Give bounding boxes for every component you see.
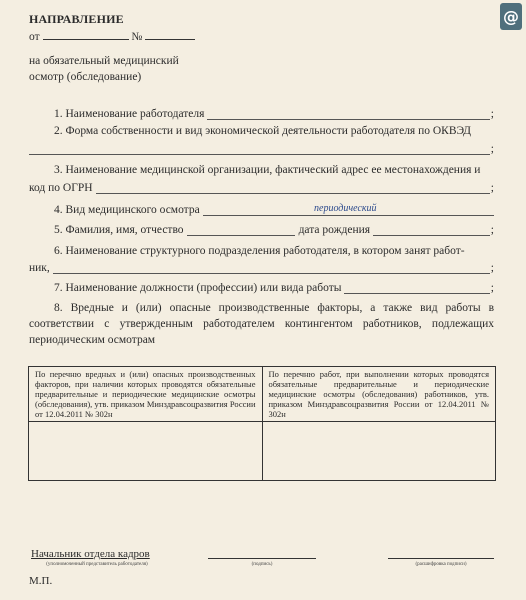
field-position: 7. Наименование должности (профессии) ил… [29,282,494,294]
field-ownership-label: 2. Форма собственности и вид экономическ… [29,125,494,137]
signature-decode-line[interactable] [388,558,494,559]
signature-decode-caption: (расшифровка подписи) [388,562,494,567]
field-8-text: 8. Вредные и (или) опасные производствен… [29,300,494,348]
from-label: от [29,31,40,43]
field-full-name: 5. Фамилия, имя, отчество дата рождения … [29,224,494,236]
table-cell-factors[interactable] [29,422,263,481]
field-5-label: 5. Фамилия, имя, отчество [54,224,184,236]
position-input[interactable] [344,282,489,294]
field-6-label: 6. Наименование структурного подразделен… [54,245,465,257]
subtitle-line-2: осмотр (обследование) [29,69,179,85]
field-3-label-ogrn: код по ОГРН [29,182,93,194]
hazard-factors-table: По перечню вредных и (или) опасных произ… [28,366,496,481]
field-3-label: 3. Наименование медицинской организации,… [54,164,480,176]
semicolon: ; [491,108,494,120]
signatory-role: Начальник отдела кадров [31,548,150,560]
semicolon: ; [491,282,494,294]
full-name-input[interactable] [187,224,295,236]
field-department: ник, ; [29,262,494,274]
field-employer-name: 1. Наименование работодателя ; [29,108,494,120]
field-department-label: 6. Наименование структурного подразделен… [29,245,494,257]
document-title: НАПРАВЛЕНИЕ [29,12,124,27]
exam-type-value: периодический [314,203,377,214]
birth-date-input[interactable] [373,224,490,236]
medorg-input[interactable] [96,182,490,194]
subtitle-line-1: на обязательный медицинский [29,53,179,69]
table-header-row: По перечню вредных и (или) опасных произ… [29,367,496,422]
semicolon: ; [491,182,494,194]
field-4-label: 4. Вид медицинского осмотра [54,204,200,216]
semicolon: ; [491,224,494,236]
number-field[interactable] [145,29,195,40]
table-row [29,422,496,481]
date-field[interactable] [43,29,129,40]
table-header-cell-works: По перечню работ, при выполнении которых… [262,367,496,422]
signatory-caption: (уполномоченный представитель работодате… [33,562,161,567]
signature-caption: (подпись) [208,562,316,567]
site-logo: @ [500,3,522,30]
birth-date-label: дата рождения [299,224,371,236]
field-exam-type: 4. Вид медицинского осмотра [29,204,494,216]
field-6-label-cont: ник, [29,262,50,274]
table-header-cell-factors: По перечню вредных и (или) опасных произ… [29,367,263,422]
signature-line[interactable] [208,558,316,559]
table-cell-works[interactable] [262,422,496,481]
department-input[interactable] [53,262,490,274]
stamp-place: М.П. [29,575,52,587]
field-medorg-label: 3. Наименование медицинской организации,… [29,164,494,176]
date-number-line: от № [29,29,195,43]
field-2-label: 2. Форма собственности и вид экономическ… [54,125,471,137]
employer-name-input[interactable] [207,108,489,120]
field-1-label: 1. Наименование работодателя [54,108,204,120]
semicolon: ; [491,143,494,155]
field-medorg: код по ОГРН ; [29,182,494,194]
number-label: № [131,31,142,43]
document-subtitle: на обязательный медицинский осмотр (обсл… [29,53,179,85]
field-7-label: 7. Наименование должности (профессии) ил… [54,282,341,294]
ownership-input[interactable] [29,143,490,155]
semicolon: ; [491,262,494,274]
field-ownership: ; [29,143,494,155]
at-sign-icon: @ [503,7,519,26]
